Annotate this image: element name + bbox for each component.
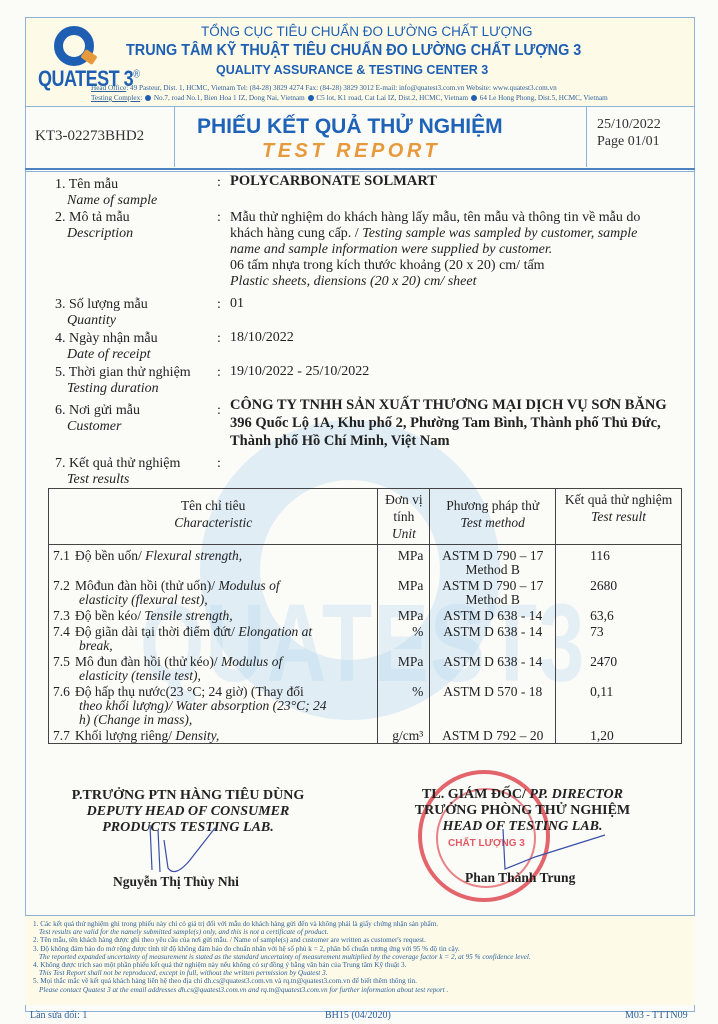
characteristic-cell: 7.4Độ giãn dài tại thời điểm đứt/ Elonga… <box>49 623 378 653</box>
signer-left-name: Nguyễn Thị Thùy Nhi <box>113 874 239 890</box>
title-band: KT3-02273BHD2 PHIẾU KẾT QUẢ THỬ NGHIỆM T… <box>25 107 695 170</box>
description-value: Mẫu thử nghiệm do khách hàng lấy mẫu, tê… <box>230 210 640 290</box>
method-cell: ASTM D 638 - 14 <box>430 623 556 653</box>
table-row: 7.3Độ bền kéo/ Tensile strength,MPaASTM … <box>49 607 682 623</box>
field-date-of-receipt-label: 4. Ngày nhận mẫu Date of receipt <box>55 331 158 363</box>
center-name-en: QUALITY ASSURANCE & TESTING CENTER 3 <box>216 63 488 77</box>
table-row: 7.2Môđun đàn hồi (thử uốn)/ Modulus ofel… <box>49 577 682 607</box>
colon: : <box>217 403 221 419</box>
colon: : <box>217 331 221 347</box>
col-header-characteristic: Tên chỉ tiêuCharacteristic <box>49 489 378 545</box>
footnote-item: 2. Tên mẫu, tên khách hàng được ghi theo… <box>33 936 687 944</box>
field-sample-name-label: 1. Tên mẫu Name of sample <box>55 177 157 209</box>
letterhead: QUATEST 3® TỔNG CỤC TIÊU CHUẨN ĐO LƯỜNG … <box>25 17 695 107</box>
result-cell: 63,6 <box>556 607 682 623</box>
location-pin-icon <box>308 95 314 101</box>
report-title-en: TEST REPORT <box>262 140 440 163</box>
unit-cell: MPa <box>378 607 430 623</box>
unit-cell: MPa <box>378 653 430 683</box>
result-cell: 0,11 <box>556 683 682 727</box>
revision-number: Lần sửa đổi: 1 <box>30 1010 87 1021</box>
result-cell: 116 <box>556 545 682 578</box>
field-customer-label: 6. Nơi gửi mẫu Customer <box>55 403 140 435</box>
report-date: 25/10/2022 <box>597 116 661 133</box>
divider <box>25 171 695 172</box>
field-testing-duration-label: 5. Thời gian thử nghiệm Testing duration <box>55 365 191 397</box>
col-header-result: Kết quả thử nghiệmTest result <box>556 489 682 545</box>
quantity-value: 01 <box>230 296 244 312</box>
unit-cell: MPa <box>378 545 430 578</box>
characteristic-cell: 7.3Độ bền kéo/ Tensile strength, <box>49 607 378 623</box>
footnote-item: 3. Độ không đảm bảo đo mở rộng được tính… <box>33 945 687 961</box>
footnote-item: 5. Mọi thắc mắc về kết quả khách hàng li… <box>33 977 687 993</box>
agency-name: TỔNG CỤC TIÊU CHUẨN ĐO LƯỜNG CHẤT LƯỢNG <box>201 24 533 39</box>
test-results-table: Tên chỉ tiêuCharacteristic Đơn vịtínhUni… <box>48 488 682 744</box>
report-date-page: 25/10/2022 Page 01/01 <box>597 116 661 150</box>
document-code: M03 - TTTN09 <box>625 1010 688 1021</box>
table-row: 7.7Khối lượng riêng/ Density,g/cm³ASTM D… <box>49 727 682 744</box>
footnotes: 1. Các kết quả thử nghiệm ghi trong phiế… <box>25 915 695 1005</box>
location-pin-icon <box>471 95 477 101</box>
center-name-vn: TRUNG TÂM KỸ THUẬT TIÊU CHUẨN ĐO LƯỜNG C… <box>126 42 581 60</box>
table-row: 7.1Độ bền uốn/ Flexural strength,MPaASTM… <box>49 545 682 578</box>
method-cell: ASTM D 638 - 14 <box>430 607 556 623</box>
colon: : <box>217 297 221 313</box>
report-title-vn: PHIẾU KẾT QUẢ THỬ NGHIỆM <box>197 115 503 139</box>
colon: : <box>217 175 221 191</box>
footnote-item: 1. Các kết quả thử nghiệm ghi trong phiế… <box>33 920 687 936</box>
date-of-receipt-value: 18/10/2022 <box>230 330 294 346</box>
result-cell: 1,20 <box>556 727 682 744</box>
characteristic-cell: 7.7Khối lượng riêng/ Density, <box>49 727 378 744</box>
document-id: KT3-02273BHD2 <box>35 128 144 145</box>
unit-cell: % <box>378 623 430 653</box>
testing-complex-address: Testing Complex: No.7, road No.1, Bien H… <box>91 94 608 102</box>
unit-cell: MPa <box>378 577 430 607</box>
unit-cell: % <box>378 683 430 727</box>
colon: : <box>217 210 221 226</box>
table-row: 7.6Độ hấp thụ nước(23 °C; 24 giờ) (Thay … <box>49 683 682 727</box>
doc-id-cell: KT3-02273BHD2 <box>25 107 175 167</box>
colon: : <box>217 365 221 381</box>
method-cell: ASTM D 570 - 18 <box>430 683 556 727</box>
customer-value: CÔNG TY TNHH SẢN XUẤT THƯƠNG MẠI DỊCH VỤ… <box>230 396 667 450</box>
testing-duration-value: 19/10/2022 - 25/10/2022 <box>230 364 369 380</box>
characteristic-cell: 7.1Độ bền uốn/ Flexural strength, <box>49 545 378 578</box>
method-cell: ASTM D 790 – 17Method B <box>430 545 556 578</box>
field-test-results-label: 7. Kết quả thử nghiệm Test results <box>55 456 180 488</box>
result-cell: 73 <box>556 623 682 653</box>
form-code: BH15 (04/2020) <box>325 1010 391 1021</box>
signature-left-icon <box>140 820 220 880</box>
method-cell: ASTM D 638 - 14 <box>430 653 556 683</box>
characteristic-cell: 7.2Môđun đàn hồi (thử uốn)/ Modulus ofel… <box>49 577 378 607</box>
head-office-address: Head Office: 49 Pasteur, Dist. 1, HCMC, … <box>91 84 557 92</box>
result-cell: 2470 <box>556 653 682 683</box>
sample-name-value: POLYCARBONATE SOLMART <box>230 173 437 189</box>
page-number: Page 01/01 <box>597 133 661 150</box>
field-quantity-label: 3. Số lượng mẫu Quantity <box>55 297 148 329</box>
colon: : <box>217 456 221 472</box>
location-pin-icon <box>145 95 151 101</box>
table-row: 7.4Độ giãn dài tại thời điểm đứt/ Elonga… <box>49 623 682 653</box>
col-header-method: Phương pháp thửTest method <box>430 489 556 545</box>
table-row: 7.5Mô đun đàn hồi (thử kéo)/ Modulus ofe… <box>49 653 682 683</box>
footnote-item: 4. Không được trích sao một phần phiếu k… <box>33 961 687 977</box>
method-cell: ASTM D 792 – 20 <box>430 727 556 744</box>
characteristic-cell: 7.6Độ hấp thụ nước(23 °C; 24 giờ) (Thay … <box>49 683 378 727</box>
signer-right-name: Phan Thành Trung <box>465 870 575 886</box>
result-cell: 2680 <box>556 577 682 607</box>
field-description-label: 2. Mô tả mẫu Description <box>55 210 133 242</box>
characteristic-cell: 7.5Mô đun đàn hồi (thử kéo)/ Modulus ofe… <box>49 653 378 683</box>
table-header-row: Tên chỉ tiêuCharacteristic Đơn vịtínhUni… <box>49 489 682 545</box>
quatest-logo: QUATEST 3® <box>38 24 118 104</box>
signature-right-icon <box>495 825 615 875</box>
method-cell: ASTM D 790 – 17Method B <box>430 577 556 607</box>
unit-cell: g/cm³ <box>378 727 430 744</box>
col-header-unit: Đơn vịtínhUnit <box>378 489 430 545</box>
